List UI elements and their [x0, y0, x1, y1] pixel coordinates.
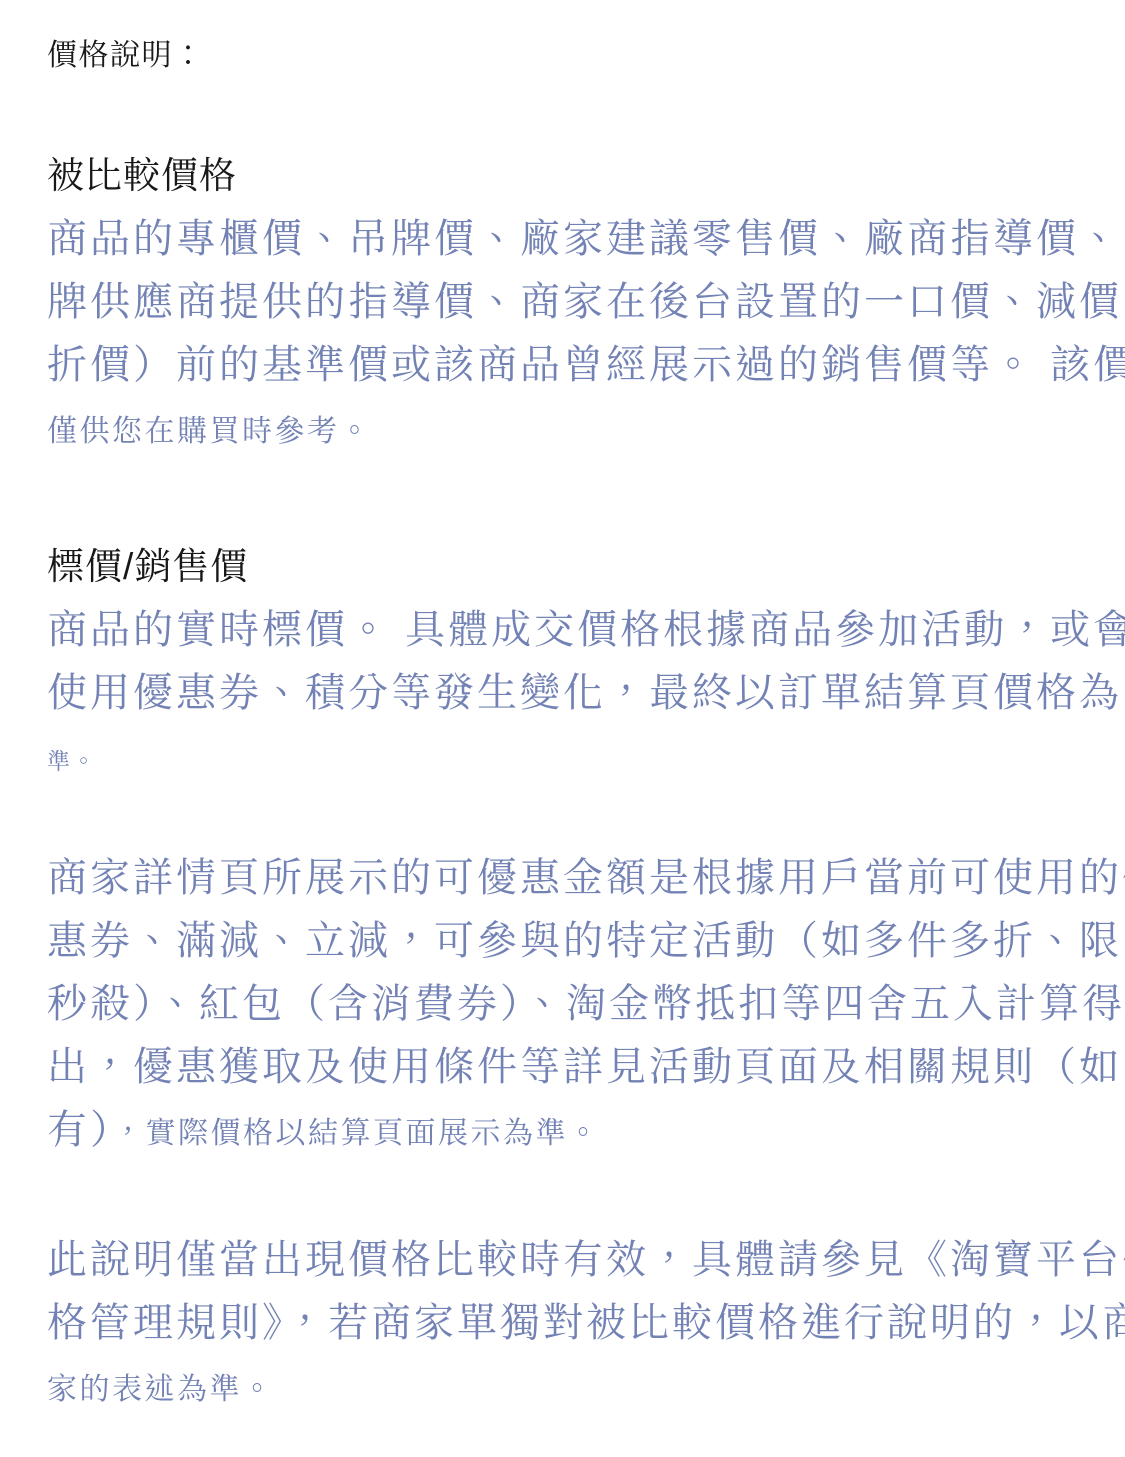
text-segment: 格管理規則》，若商家單獨對被比較價格進行說明的，以商 [47, 1301, 1125, 1345]
text-segment-small: ，實際價格以結算頁面展示為準。 [113, 1117, 601, 1150]
text-segment: 出，優惠獲取及使用條件等詳見活動頁面及相關規則（如 [47, 1045, 1122, 1089]
section-validity-note: 此說明僅當出現價格比較時有效，具體請參見《淘寶平台價 格管理規則》，若商家單獨對… [47, 1229, 1085, 1421]
text-segment: 秒殺）、紅包（含消費券）、淘金幣抵扣等四舍五入計算得 [47, 982, 1125, 1026]
text-segment: 有） [47, 1108, 113, 1152]
section-compared-price: 被比較價格 商品的專櫃價、吊牌價、廠家建議零售價、廠商指導價、品 牌供應商提供的… [47, 154, 1085, 463]
page-title: 價格說明： [47, 40, 1085, 72]
text-segment: 此說明僅當出現價格比較時有效，具體請參見《淘寶平台價 [47, 1238, 1125, 1282]
paragraph-line: 準。 [47, 725, 1085, 793]
text-segment-small: 僅供您在購買時參考。 [47, 415, 372, 448]
paragraph-line: 惠券、滿減、立減，可參與的特定活動（如多件多折、限時 [47, 910, 1085, 973]
paragraph-line: 商品的專櫃價、吊牌價、廠家建議零售價、廠商指導價、品 [47, 208, 1085, 271]
paragraph-line: 僅供您在購買時參考。 [47, 397, 1085, 463]
paragraph-line: 出，優惠獲取及使用條件等詳見活動頁面及相關規則（如 [47, 1036, 1085, 1099]
list-sale-price-heading: 標價/銷售價 [47, 545, 1085, 589]
section-discount-calculation: 商家詳情頁所展示的可優惠金額是根據用戶當前可使用的優 惠券、滿減、立減，可參與的… [47, 847, 1085, 1165]
paragraph-line: 使用優惠券、積分等發生變化，最終以訂單結算頁價格為 [47, 662, 1085, 725]
paragraph-line: 此說明僅當出現價格比較時有效，具體請參見《淘寶平台價 [47, 1229, 1085, 1292]
discount-calculation-paragraph: 商家詳情頁所展示的可優惠金額是根據用戶當前可使用的優 惠券、滿減、立減，可參與的… [47, 847, 1085, 1165]
text-segment-xsmall: 準。 [47, 748, 97, 774]
paragraph-line: 折價）前的基準價或該商品曾經展示過的銷售價等。 該價格 [47, 334, 1085, 397]
paragraph-line: 有），實際價格以結算頁面展示為準。 [47, 1099, 1085, 1165]
paragraph-line: 商家詳情頁所展示的可優惠金額是根據用戶當前可使用的優 [47, 847, 1085, 910]
paragraph-line: 格管理規則》，若商家單獨對被比較價格進行說明的，以商 [47, 1292, 1085, 1355]
text-segment: 惠券、滿減、立減，可參與的特定活動（如多件多折、限時 [47, 919, 1125, 963]
list-sale-price-paragraph: 商品的實時標價。 具體成交價格根據商品參加活動，或會員 使用優惠券、積分等發生變… [47, 599, 1085, 793]
price-explanation-document: 價格說明： 被比較價格 商品的專櫃價、吊牌價、廠家建議零售價、廠商指導價、品 牌… [0, 0, 1125, 1457]
compared-price-heading: 被比較價格 [47, 154, 1085, 198]
text-segment: 牌供應商提供的指導價、商家在後台設置的一口價、減價（ [47, 280, 1125, 324]
text-segment: 商品的實時標價。 具體成交價格根據商品參加活動，或會員 [47, 608, 1125, 652]
text-segment: 商家詳情頁所展示的可優惠金額是根據用戶當前可使用的優 [47, 856, 1125, 900]
validity-note-paragraph: 此說明僅當出現價格比較時有效，具體請參見《淘寶平台價 格管理規則》，若商家單獨對… [47, 1229, 1085, 1421]
text-segment: 商品的專櫃價、吊牌價、廠家建議零售價、廠商指導價、品 [47, 217, 1125, 261]
text-segment: 折價）前的基準價或該商品曾經展示過的銷售價等。 該價格 [47, 343, 1125, 387]
paragraph-line: 牌供應商提供的指導價、商家在後台設置的一口價、減價（ [47, 271, 1085, 334]
paragraph-line: 家的表述為準。 [47, 1355, 1085, 1421]
paragraph-line: 商品的實時標價。 具體成交價格根據商品參加活動，或會員 [47, 599, 1085, 662]
compared-price-paragraph: 商品的專櫃價、吊牌價、廠家建議零售價、廠商指導價、品 牌供應商提供的指導價、商家… [47, 208, 1085, 463]
text-segment: 使用優惠券、積分等發生變化，最終以訂單結算頁價格為 [47, 671, 1122, 715]
text-segment-small: 家的表述為準。 [47, 1373, 275, 1406]
section-list-sale-price: 標價/銷售價 商品的實時標價。 具體成交價格根據商品參加活動，或會員 使用優惠券… [47, 545, 1085, 793]
paragraph-line: 秒殺）、紅包（含消費券）、淘金幣抵扣等四舍五入計算得 [47, 973, 1085, 1036]
